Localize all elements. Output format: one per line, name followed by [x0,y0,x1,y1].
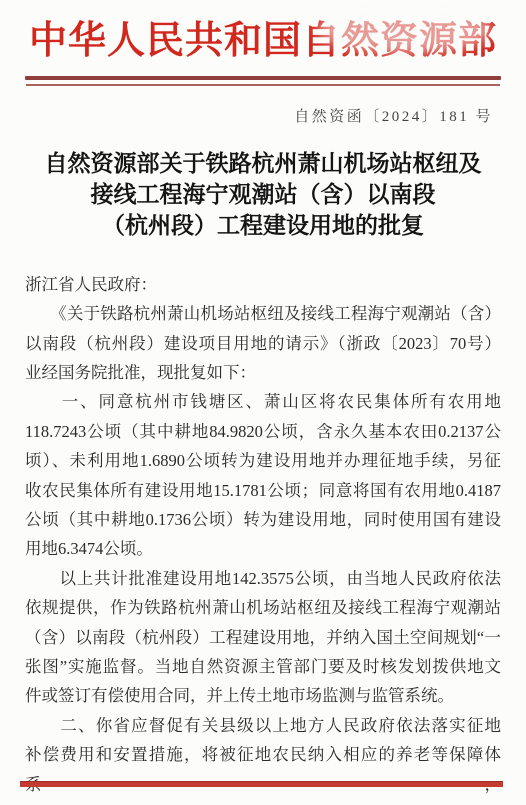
text-line: 二、你省应督促有关县级以上地方人民政府依法落实征地 [25,711,501,740]
document-number: 自然资函〔2024〕181 号 [0,105,526,126]
document-page: 中华人民共和国自然资源部 自然资函〔2024〕181 号 自然资源部关于铁路杭州… [0,0,526,805]
text-line: 以南段（杭州段）建设项目用地的请示》（浙政〔2023〕70号） [25,329,501,358]
text-line: 一、同意杭州市钱塘区、萧山区将农民集体所有农用地 [25,387,501,416]
text-line: （杭州段）工程建设用地的批复 [25,210,501,241]
bottom-red-rule [20,782,503,787]
text-line: 收农民集体所有建设用地15.1781公顷；同意将国有农用地0.4187 [25,476,501,505]
text-line: 以上共计批准建设用地142.3575公顷，由当地人民政府依法 [25,564,501,593]
text-line: 公顷（其中耕地0.1736公顷）转为建设用地，同时使用国有建设 [25,505,501,534]
paragraph-request-reference: 《关于铁路杭州萧山机场站枢纽及接线工程海宁观潮站（含）以南段（杭州段）建设项目用… [25,299,501,387]
letterhead-rule-thick [25,76,501,80]
text-line: 业经国务院批准，现批复如下： [25,358,501,387]
letterhead-agency-name: 中华人民共和国自然资源部 [0,0,526,64]
text-line: 依规提供，作为铁路杭州萧山机场站枢纽及接线工程海宁观潮站 [25,593,501,622]
document-title: 自然资源部关于铁路杭州萧山机场站枢纽及接线工程海宁观潮站（含）以南段（杭州段）工… [25,148,501,241]
text-line: 《关于铁路杭州萧山机场站枢纽及接线工程海宁观潮站（含） [25,299,501,328]
text-line: 补偿费用和安置措施，将被征地农民纳入相应的养老等保障体系， [25,740,501,799]
document-body: 浙江省人民政府： 《关于铁路杭州萧山机场站枢纽及接线工程海宁观潮站（含）以南段（… [25,270,501,799]
text-line: 件或签订有偿使用合同，并上传土地市场监测与监管系统。 [25,681,501,710]
paragraph-total-land-summary: 以上共计批准建设用地142.3575公顷，由当地人民政府依法依规提供，作为铁路杭… [25,564,501,711]
salutation: 浙江省人民政府： [25,270,501,299]
text-line: 接线工程海宁观潮站（含）以南段 [25,179,501,210]
text-line: 顷）、未利用地1.6890公顷转为建设用地并办理征地手续，另征 [25,446,501,475]
text-line: 自然资源部关于铁路杭州萧山机场站枢纽及 [25,148,501,179]
text-line: 118.7243公顷（其中耕地84.9820公顷，含永久基本农田0.2137公 [25,417,501,446]
letterhead-rule-thin [26,84,500,86]
text-line: 用地6.3474公顷。 [25,534,501,563]
text-line: 张图”实施监督。当地自然资源主管部门要及时核发划拨供地文 [25,652,501,681]
text-line: （含）以南段（杭州段）工程建设用地，并纳入国土空间规划“一 [25,623,501,652]
paragraph-approval-item-1: 一、同意杭州市钱塘区、萧山区将农民集体所有农用地118.7243公顷（其中耕地8… [25,387,501,563]
